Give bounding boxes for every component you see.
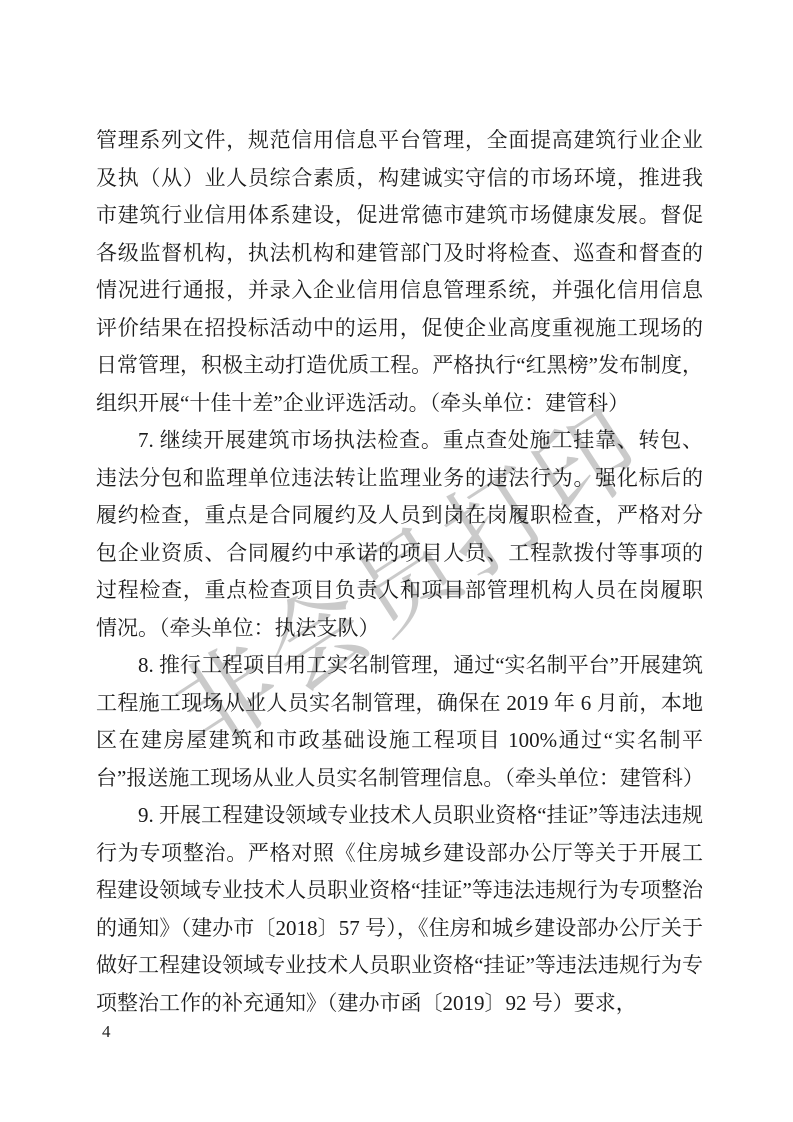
paragraph-item-8: 8. 推行工程项目用工实名制管理，通过“实名制平台”开展建筑工程施工现场从业人员… xyxy=(96,647,703,797)
page-number: 4 xyxy=(102,1022,111,1042)
paragraph-item-9: 9. 开展工程建设领域专业技术人员职业资格“挂证”等违法违规行为专项整治。严格对… xyxy=(96,797,703,1022)
paragraph-item-7: 7. 继续开展建筑市场执法检查。重点查处施工挂靠、转包、违法分包和监理单位违法转… xyxy=(96,422,703,647)
document-body: 管理系列文件，规范信用信息平台管理，全面提高建筑行业企业及执（从）业人员综合素质… xyxy=(96,122,703,1022)
document-page: 非会员打印 管理系列文件，规范信用信息平台管理，全面提高建筑行业企业及执（从）业… xyxy=(0,0,793,1122)
paragraph-continuation: 管理系列文件，规范信用信息平台管理，全面提高建筑行业企业及执（从）业人员综合素质… xyxy=(96,122,703,422)
